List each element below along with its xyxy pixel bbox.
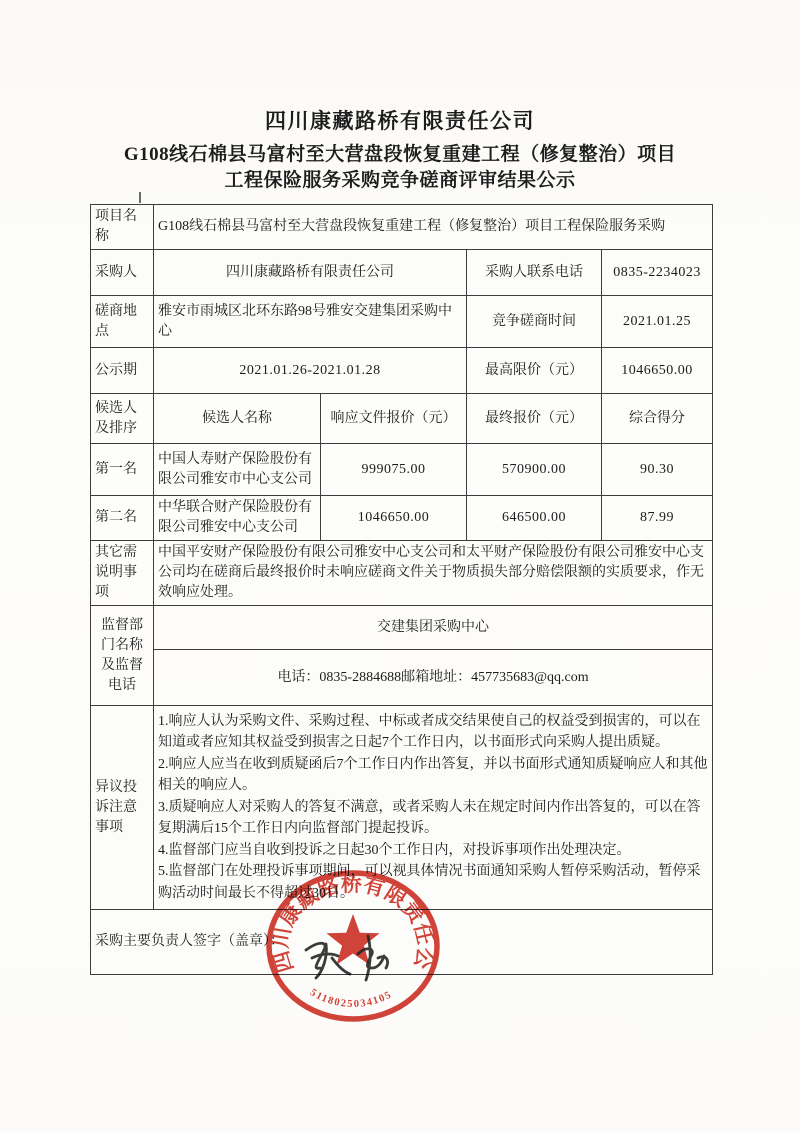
objection-item: 5.监督部门在处理投诉事项期间，可以视具体情况书面通知采购人暂停采购活动，暂停采… — [158, 861, 708, 904]
candidate-final-price: 646500.00 — [467, 496, 602, 541]
subtitle-line-2: 工程保险服务采购竞争磋商评审结果公示 — [0, 168, 800, 194]
scan-artifact — [139, 192, 141, 203]
candidate-rank: 第一名 — [91, 444, 154, 496]
table-row: 公示期 2021.01.26-2021.01.28 最高限价（元） 104665… — [91, 348, 713, 394]
candidates-name-header: 候选人名称 — [154, 394, 321, 444]
project-name-value: G108线石棉县马富村至大营盘段恢复重建工程（修复整治）项目工程保险服务采购 — [154, 205, 713, 250]
candidate-doc-price: 1046650.00 — [321, 496, 467, 541]
candidate-row: 第一名 中国人寿财产保险股份有限公司雅安市中心支公司 999075.00 570… — [91, 444, 713, 496]
candidate-doc-price: 999075.00 — [321, 444, 467, 496]
negotiation-time-value: 2021.01.25 — [602, 296, 713, 348]
other-notes-value: 中国平安财产保险股份有限公司雅安中心支公司和太平财产保险股份有限公司雅安中心支公… — [154, 541, 713, 606]
candidates-score-header: 综合得分 — [602, 394, 713, 444]
candidates-rank-header: 候选人及排序 — [91, 394, 154, 444]
candidate-score: 90.30 — [602, 444, 713, 496]
negotiation-time-label: 竞争磋商时间 — [467, 296, 602, 348]
objection-label: 异议投诉注意事项 — [91, 706, 154, 910]
announcement-table: 项目名称 G108线石棉县马富村至大营盘段恢复重建工程（修复整治）项目工程保险服… — [90, 204, 713, 975]
table-row: 监督部门名称及监督电话 交建集团采购中心 — [91, 606, 713, 650]
objection-items: 1.响应人认为采购文件、采购过程、中标或者成交结果使自己的权益受到损害的，可以在… — [154, 706, 713, 910]
supervision-label: 监督部门名称及监督电话 — [91, 606, 154, 706]
candidate-rank: 第二名 — [91, 496, 154, 541]
objection-item: 4.监督部门应当自收到投诉之日起30个工作日内，对投诉事项作出处理决定。 — [158, 840, 708, 862]
table-row: 其它需说明事项 中国平安财产保险股份有限公司雅安中心支公司和太平财产保险股份有限… — [91, 541, 713, 606]
publicity-period-value: 2021.01.26-2021.01.28 — [154, 348, 467, 394]
candidates-header-row: 候选人及排序 候选人名称 响应文件报价（元） 最终报价（元） 综合得分 — [91, 394, 713, 444]
purchaser-label: 采购人 — [91, 250, 154, 296]
max-price-label: 最高限价（元） — [467, 348, 602, 394]
signature-label: 采购主要负责人签字（盖章）： — [91, 910, 713, 975]
candidate-final-price: 570900.00 — [467, 444, 602, 496]
page-subtitle: G108线石棉县马富村至大营盘段恢复重建工程（修复整治）项目 工程保险服务采购竞… — [0, 142, 800, 194]
candidate-name: 中华联合财产保险股份有限公司雅安中心支公司 — [154, 496, 321, 541]
supervision-contact: 电话：0835-2884688邮箱地址：457735683@qq.com — [154, 650, 713, 706]
seal-number-text: 5118025034105 — [308, 987, 393, 1010]
candidates-final-price-header: 最终报价（元） — [467, 394, 602, 444]
objection-item: 1.响应人认为采购文件、采购过程、中标或者成交结果使自己的权益受到损害的，可以在… — [158, 711, 708, 754]
candidates-doc-price-header: 响应文件报价（元） — [321, 394, 467, 444]
table-row: 异议投诉注意事项 1.响应人认为采购文件、采购过程、中标或者成交结果使自己的权益… — [91, 706, 713, 910]
supervision-dept: 交建集团采购中心 — [154, 606, 713, 650]
table-row: 电话：0835-2884688邮箱地址：457735683@qq.com — [91, 650, 713, 706]
venue-value: 雅安市雨城区北环东路98号雅安交建集团采购中心 — [154, 296, 467, 348]
page-title: 四川康藏路桥有限责任公司 — [0, 105, 800, 135]
objection-item: 2.响应人应当在收到质疑函后7个工作日内作出答复，并以书面形式通知质疑响应人和其… — [158, 754, 708, 797]
other-notes-label: 其它需说明事项 — [91, 541, 154, 606]
document-page: { "document": { "company_title": "四川康藏路桥… — [0, 0, 800, 1132]
publicity-period-label: 公示期 — [91, 348, 154, 394]
candidate-score: 87.99 — [602, 496, 713, 541]
purchaser-value: 四川康藏路桥有限责任公司 — [154, 250, 467, 296]
signature-row: 采购主要负责人签字（盖章）： — [91, 910, 713, 975]
purchaser-phone-label: 采购人联系电话 — [467, 250, 602, 296]
venue-label: 磋商地点 — [91, 296, 154, 348]
candidate-row: 第二名 中华联合财产保险股份有限公司雅安中心支公司 1046650.00 646… — [91, 496, 713, 541]
table-row: 采购人 四川康藏路桥有限责任公司 采购人联系电话 0835-2234023 — [91, 250, 713, 296]
table-row: 磋商地点 雅安市雨城区北环东路98号雅安交建集团采购中心 竞争磋商时间 2021… — [91, 296, 713, 348]
objection-item: 3.质疑响应人对采购人的答复不满意，或者采购人未在规定时间内作出答复的，可以在答… — [158, 797, 708, 840]
purchaser-phone-value: 0835-2234023 — [602, 250, 713, 296]
max-price-value: 1046650.00 — [602, 348, 713, 394]
subtitle-line-1: G108线石棉县马富村至大营盘段恢复重建工程（修复整治）项目 — [0, 142, 800, 168]
candidate-name: 中国人寿财产保险股份有限公司雅安市中心支公司 — [154, 444, 321, 496]
table-row: 项目名称 G108线石棉县马富村至大营盘段恢复重建工程（修复整治）项目工程保险服… — [91, 205, 713, 250]
project-name-label: 项目名称 — [91, 205, 154, 250]
